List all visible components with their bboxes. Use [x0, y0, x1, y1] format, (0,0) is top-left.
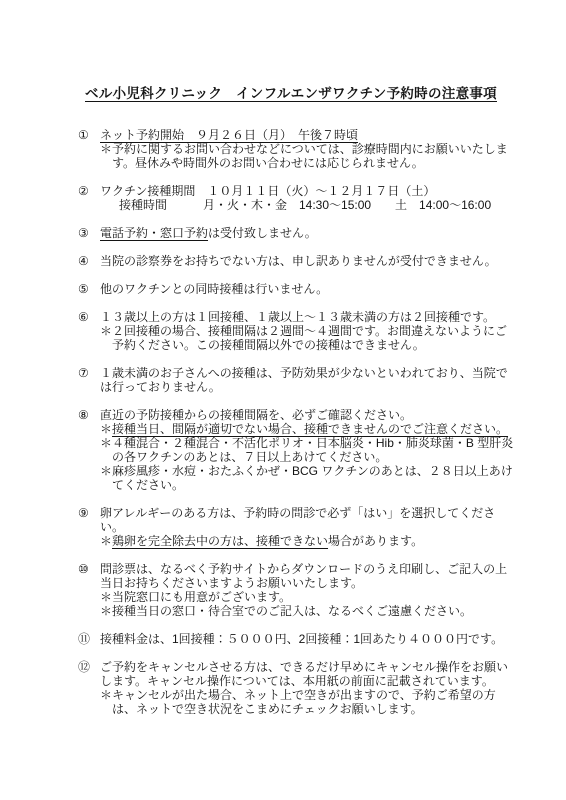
item-line-note: ＊鶏卵を完全除去中の方は、接種できない場合があります。 [100, 534, 516, 548]
item-content: 直近の予防接種からの接種間隔を、必ずご確認ください。＊接種当日、間隔が適切でない… [100, 408, 516, 492]
notice-list: ①ネット予約開始 ９月２６日（月） 午後７時頃＊予約に関するお問い合わせなどにつ… [78, 128, 516, 716]
item-line-main: 直近の予防接種からの接種間隔を、必ずご確認ください。 [100, 408, 516, 422]
text-segment: ＊当院窓口にも用意がございます。 [100, 590, 291, 604]
item-number: ⑦ [78, 366, 100, 380]
text-segment: ＊接種当日の窓口・待合室でのご記入は、なるべくご遠慮ください。 [100, 604, 472, 618]
text-segment: ＊４種混合・２種混合・不活化ポリオ・日本脳炎・Hib・肺炎球菌・B 型肝炎の各ワ… [100, 436, 513, 464]
item-line-main: ご予約をキャンセルさせる方は、できるだけ早めにキャンセル操作をお願いします。キャ… [100, 660, 516, 688]
notice-item: ⑨卵アレルギーのある方は、予約時の問診で必ず「はい」を選択してください。＊鶏卵を… [78, 506, 516, 548]
document-title: ベル小児科クリニック インフルエンザワクチン予約時の注意事項 [85, 86, 516, 102]
text-segment: １歳未満のお子さんへの接種は、予防効果が少ないといわれており、当院では行っており… [100, 366, 508, 394]
text-segment: ＊２回接種の場合、接種間隔は２週間～４週間です。お間違えないようにご予約ください… [100, 324, 507, 352]
item-number: ⑩ [78, 562, 100, 576]
item-line-main: 電話予約・窓口予約は受付致しません。 [100, 226, 516, 240]
item-number: ⑤ [78, 282, 100, 296]
item-line-note: ＊予約に関するお問い合わせなどについては、診療時間内にお願いいたします。昼休みや… [100, 142, 516, 170]
notice-item: ③電話予約・窓口予約は受付致しません。 [78, 226, 516, 240]
text-segment: ＊予約に関するお問い合わせなどについては、診療時間内にお願いいたします。昼休みや… [100, 142, 508, 170]
item-line-main: 接種料金は、1回接種：５０００円、2回接種：1回あたり４０００円です。 [100, 632, 516, 646]
item-line-main: 他のワクチンとの同時接種は行いません。 [100, 282, 516, 296]
item-content: ご予約をキャンセルさせる方は、できるだけ早めにキャンセル操作をお願いします。キャ… [100, 660, 516, 716]
item-number: ① [78, 128, 100, 142]
item-line-note: ＊麻疹風疹・水痘・おたふくかぜ・BCG ワクチンのあとは、２８日以上あけてくださ… [100, 464, 516, 492]
item-content: 卵アレルギーのある方は、予約時の問診で必ず「はい」を選択してください。＊鶏卵を完… [100, 506, 516, 548]
text-segment: 接種料金は、1回接種：５０００円、2回接種：1回あたり４０００円です。 [100, 632, 503, 646]
item-content: 他のワクチンとの同時接種は行いません。 [100, 282, 516, 296]
notice-item: ⑩問診票は、なるべく予約サイトからダウンロードのうえ印刷し、ご記入の上当日お持ち… [78, 562, 516, 618]
text-segment: 接種時間 月・火・木・金 14:30～15:00 土 14:00～16:00 [119, 198, 491, 212]
notice-item: ④当院の診察券をお持ちでない方は、申し訳ありませんが受付できません。 [78, 254, 516, 268]
item-line-note: ＊キャンセルが出た場合、ネット上で空きが出ますので、予約ご希望の方は、ネットで空… [100, 688, 516, 716]
notice-item: ②ワクチン接種期間 １０月１１日（火）～１２月１７日（土）接種時間 月・火・木・… [78, 184, 516, 212]
item-number: ⑫ [78, 660, 100, 674]
notice-item: ⑪接種料金は、1回接種：５０００円、2回接種：1回あたり４０００円です。 [78, 632, 516, 646]
text-segment: ＊ [100, 534, 112, 548]
text-segment: 接種当日、間隔が適切でない場合、接種できませんのでご注意ください。 [112, 422, 508, 436]
text-segment: 当院の診察券をお持ちでない方は、申し訳ありませんが受付できません。 [100, 254, 497, 268]
text-segment: 電話予約・窓口予約 [100, 226, 208, 240]
item-line-main: ネット予約開始 ９月２６日（月） 午後７時頃 [100, 128, 516, 142]
item-content: ワクチン接種期間 １０月１１日（火）～１２月１７日（土）接種時間 月・火・木・金… [100, 184, 516, 212]
item-line-sub: 接種時間 月・火・木・金 14:30～15:00 土 14:00～16:00 [100, 198, 516, 212]
text-segment: ＊ [100, 422, 112, 436]
item-line-note: ＊４種混合・２種混合・不活化ポリオ・日本脳炎・Hib・肺炎球菌・B 型肝炎の各ワ… [100, 436, 516, 464]
notice-item: ⑫ご予約をキャンセルさせる方は、できるだけ早めにキャンセル操作をお願いします。キ… [78, 660, 516, 716]
item-content: 電話予約・窓口予約は受付致しません。 [100, 226, 516, 240]
document-page: ベル小児科クリニック インフルエンザワクチン予約時の注意事項 ①ネット予約開始 … [0, 0, 566, 800]
notice-item: ⑧直近の予防接種からの接種間隔を、必ずご確認ください。＊接種当日、間隔が適切でな… [78, 408, 516, 492]
item-content: 当院の診察券をお持ちでない方は、申し訳ありませんが受付できません。 [100, 254, 516, 268]
text-segment: 直近の予防接種からの接種間隔を、必ずご確認ください。 [100, 408, 412, 422]
item-line-main: 卵アレルギーのある方は、予約時の問診で必ず「はい」を選択してください。 [100, 506, 516, 534]
item-number: ② [78, 184, 100, 198]
text-segment: 場合があります。 [328, 534, 423, 548]
item-line-main: １歳未満のお子さんへの接種は、予防効果が少ないといわれており、当院では行っており… [100, 366, 516, 394]
item-number: ⑥ [78, 310, 100, 324]
notice-item: ⑤他のワクチンとの同時接種は行いません。 [78, 282, 516, 296]
item-content: 接種料金は、1回接種：５０００円、2回接種：1回あたり４０００円です。 [100, 632, 516, 646]
item-content: １歳未満のお子さんへの接種は、予防効果が少ないといわれており、当院では行っており… [100, 366, 516, 394]
text-segment: ＊麻疹風疹・水痘・おたふくかぜ・BCG ワクチンのあとは、２８日以上あけてくださ… [100, 464, 513, 492]
text-segment: 他のワクチンとの同時接種は行いません。 [100, 282, 328, 296]
text-segment: 鶏卵を完全除去中の方は、接種できない [112, 534, 328, 548]
item-line-note: ＊接種当日、間隔が適切でない場合、接種できませんのでご注意ください。 [100, 422, 516, 436]
item-number: ④ [78, 254, 100, 268]
item-line-note: ＊２回接種の場合、接種間隔は２週間～４週間です。お間違えないようにご予約ください… [100, 324, 516, 352]
text-segment: は受付致しません。 [208, 226, 317, 240]
text-segment: ＊キャンセルが出た場合、ネット上で空きが出ますので、予約ご希望の方は、ネットで空… [100, 688, 496, 716]
item-number: ⑪ [78, 632, 100, 646]
text-segment: 卵アレルギーのある方は、予約時の問診で必ず「はい」を選択してください。 [100, 506, 495, 534]
text-segment: ご予約をキャンセルさせる方は、できるだけ早めにキャンセル操作をお願いします。キャ… [100, 660, 508, 688]
text-segment: １３歳以上の方は１回接種、１歳以上～１３歳未満の方は２回接種です。 [100, 310, 495, 324]
item-number: ③ [78, 226, 100, 240]
item-line-main: ワクチン接種期間 １０月１１日（火）～１２月１７日（土） [100, 184, 516, 198]
item-line-note: ＊当院窓口にも用意がございます。 [100, 590, 516, 604]
text-segment: ネット予約開始 ９月２６日（月） 午後７時頃 [100, 128, 358, 142]
item-line-main: 問診票は、なるべく予約サイトからダウンロードのうえ印刷し、ご記入の上当日お持ちく… [100, 562, 516, 590]
notice-item: ①ネット予約開始 ９月２６日（月） 午後７時頃＊予約に関するお問い合わせなどにつ… [78, 128, 516, 170]
item-line-main: １３歳以上の方は１回接種、１歳以上～１３歳未満の方は２回接種です。 [100, 310, 516, 324]
item-content: ネット予約開始 ９月２６日（月） 午後７時頃＊予約に関するお問い合わせなどについ… [100, 128, 516, 170]
text-segment: 問診票は、なるべく予約サイトからダウンロードのうえ印刷し、ご記入の上当日お持ちく… [100, 562, 507, 590]
item-content: １３歳以上の方は１回接種、１歳以上～１３歳未満の方は２回接種です。＊２回接種の場… [100, 310, 516, 352]
item-line-note: ＊接種当日の窓口・待合室でのご記入は、なるべくご遠慮ください。 [100, 604, 516, 618]
text-segment: ワクチン接種期間 １０月１１日（火）～１２月１７日（土） [100, 184, 435, 198]
notice-item: ⑥１３歳以上の方は１回接種、１歳以上～１３歳未満の方は２回接種です。＊２回接種の… [78, 310, 516, 352]
item-number: ⑧ [78, 408, 100, 422]
item-content: 問診票は、なるべく予約サイトからダウンロードのうえ印刷し、ご記入の上当日お持ちく… [100, 562, 516, 618]
item-line-main: 当院の診察券をお持ちでない方は、申し訳ありませんが受付できません。 [100, 254, 516, 268]
item-number: ⑨ [78, 506, 100, 520]
notice-item: ⑦１歳未満のお子さんへの接種は、予防効果が少ないといわれており、当院では行ってお… [78, 366, 516, 394]
